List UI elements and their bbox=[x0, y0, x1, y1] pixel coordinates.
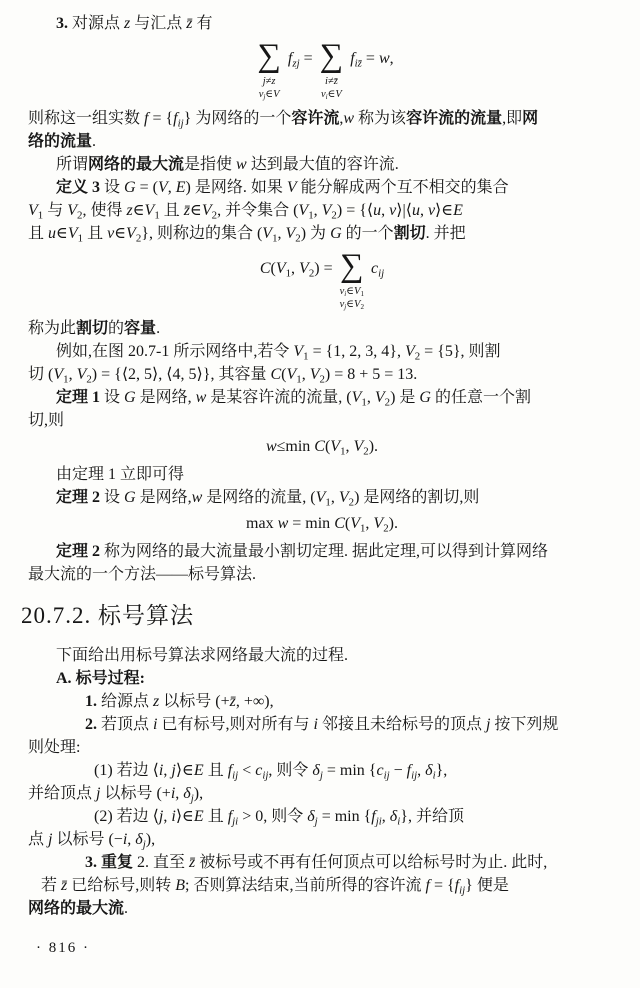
sum-operator: ∑ i≠z̄ vi∈V bbox=[320, 39, 344, 101]
para-line: 若 z̄ 已给标号,则转 B; 否则算法结束,当前所得的容许流 f = {fij… bbox=[28, 874, 616, 897]
step-1-line: 1. 给源点 z 以标号 (+z̄, +∞), bbox=[28, 690, 616, 713]
rule-2-line: (2) 若边 ⟨j, i⟩∈E 且 fji > 0, 则令 δj = min {… bbox=[28, 805, 616, 828]
para-line: 切,则 bbox=[28, 409, 616, 432]
sum-limits: vi∈V1 vj∈V2 bbox=[340, 285, 364, 311]
para-line: 则称这一组实数 f = {fij} 为网络的一个容许流,w 称为该容许流的流量,… bbox=[28, 107, 616, 130]
sum-limit-line: vi∈V1 bbox=[340, 285, 364, 298]
step-3-line: 3. 重复 2. 直至 z̄ 被标号或不再有任何顶点可以给标号时为止. 此时, bbox=[28, 851, 616, 874]
para-line: 称为此割切的容量. bbox=[28, 317, 616, 340]
formula-term: cij bbox=[371, 249, 384, 280]
para-line: 并给顶点 j 以标号 (+i, δj), bbox=[28, 782, 616, 805]
para-line: 最大流的一个方法——标号算法. bbox=[28, 563, 616, 586]
sum-limits: j≠z vj∈V bbox=[259, 75, 280, 101]
theorem-2-line: 定理 2 设 G 是网络,w 是网络的流量, (V1, V2) 是网络的割切,则 bbox=[28, 486, 616, 509]
theorem-1-line: 定理 1 设 G 是网络, w 是某容许流的流量, (V1, V2) 是 G 的… bbox=[28, 386, 616, 409]
sum-limit-line: i≠z̄ bbox=[325, 75, 338, 88]
para-line: 且 u∈V1 且 v∈V2}, 则称边的集合 (V1, V2) 为 G 的一个割… bbox=[28, 222, 616, 245]
para-line: 则处理: bbox=[28, 736, 616, 759]
formula-term: C(V1, V2) = bbox=[260, 249, 333, 280]
section-heading: 20.7.2. 标号算法 bbox=[21, 601, 616, 631]
para-line: 例如,在图 20.7-1 所示网络中,若令 V1 = {1, 2, 3, 4},… bbox=[28, 340, 616, 363]
document-page: 3. 对源点 z 与汇点 z̄ 有 ∑ j≠z vj∈V fzj = ∑ i≠z… bbox=[0, 0, 640, 988]
sum-operator: ∑ j≠z vj∈V bbox=[257, 39, 281, 101]
para-line: 点 j 以标号 (−i, δj), bbox=[28, 828, 616, 851]
sum-limit-line: vj∈V2 bbox=[340, 298, 364, 311]
para-line: 所谓网络的最大流是指使 w 达到最大值的容许流. bbox=[28, 153, 616, 176]
max-flow-min-cut-equation: max w = min C(V1, V2). bbox=[28, 512, 616, 535]
para-line: 3. 对源点 z 与汇点 z̄ 有 bbox=[28, 12, 616, 35]
sigma-icon: ∑ bbox=[320, 39, 344, 74]
page-number: · 816 · bbox=[36, 937, 90, 960]
definition-3-line: 定义 3 设 G = (V, E) 是网络. 如果 V 能分解成两个互不相交的集… bbox=[28, 176, 616, 199]
sum-limit-line: vj∈V bbox=[259, 88, 280, 101]
flow-conservation-formula: ∑ j≠z vj∈V fzj = ∑ i≠z̄ vi∈V fiz̄ = w, bbox=[28, 39, 616, 101]
para-line: 由定理 1 立即可得 bbox=[28, 463, 616, 486]
sigma-icon: ∑ bbox=[257, 39, 281, 74]
sum-limit-line: j≠z bbox=[263, 75, 276, 88]
sigma-icon: ∑ bbox=[340, 249, 364, 284]
para-line: 切 (V1, V2) = {⟨2, 5⟩, ⟨4, 5⟩}, 其容量 C(V1,… bbox=[28, 363, 616, 386]
formula-term: fzj = bbox=[288, 39, 313, 70]
formula-term: fiz̄ = w, bbox=[350, 39, 393, 70]
para-line: 络的流量. bbox=[28, 130, 616, 153]
label-process-heading: A. 标号过程: bbox=[28, 667, 616, 690]
rule-1-line: (1) 若边 ⟨i, j⟩∈E 且 fij < cij, 则令 δj = min… bbox=[28, 759, 616, 782]
min-cut-inequality: w≤min C(V1, V2). bbox=[28, 435, 616, 458]
cut-capacity-formula: C(V1, V2) = ∑ vi∈V1 vj∈V2 cij bbox=[28, 249, 616, 311]
sum-operator: ∑ vi∈V1 vj∈V2 bbox=[340, 249, 364, 311]
para-line: V1 与 V2, 使得 z∈V1 且 z̄∈V2, 并令集合 (V1, V2) … bbox=[28, 199, 616, 222]
para-line: 下面给出用标号算法求网络最大流的过程. bbox=[28, 644, 616, 667]
sum-limit-line: vi∈V bbox=[321, 88, 342, 101]
step-2-line: 2. 若顶点 i 已有标号,则对所有与 i 邻接且未给标号的顶点 j 按下列规 bbox=[28, 713, 616, 736]
para-line: 定理 2 称为网络的最大流量最小割切定理. 据此定理,可以得到计算网络 bbox=[28, 540, 616, 563]
sum-limits: i≠z̄ vi∈V bbox=[321, 75, 342, 101]
para-line: 网络的最大流. bbox=[28, 897, 616, 920]
